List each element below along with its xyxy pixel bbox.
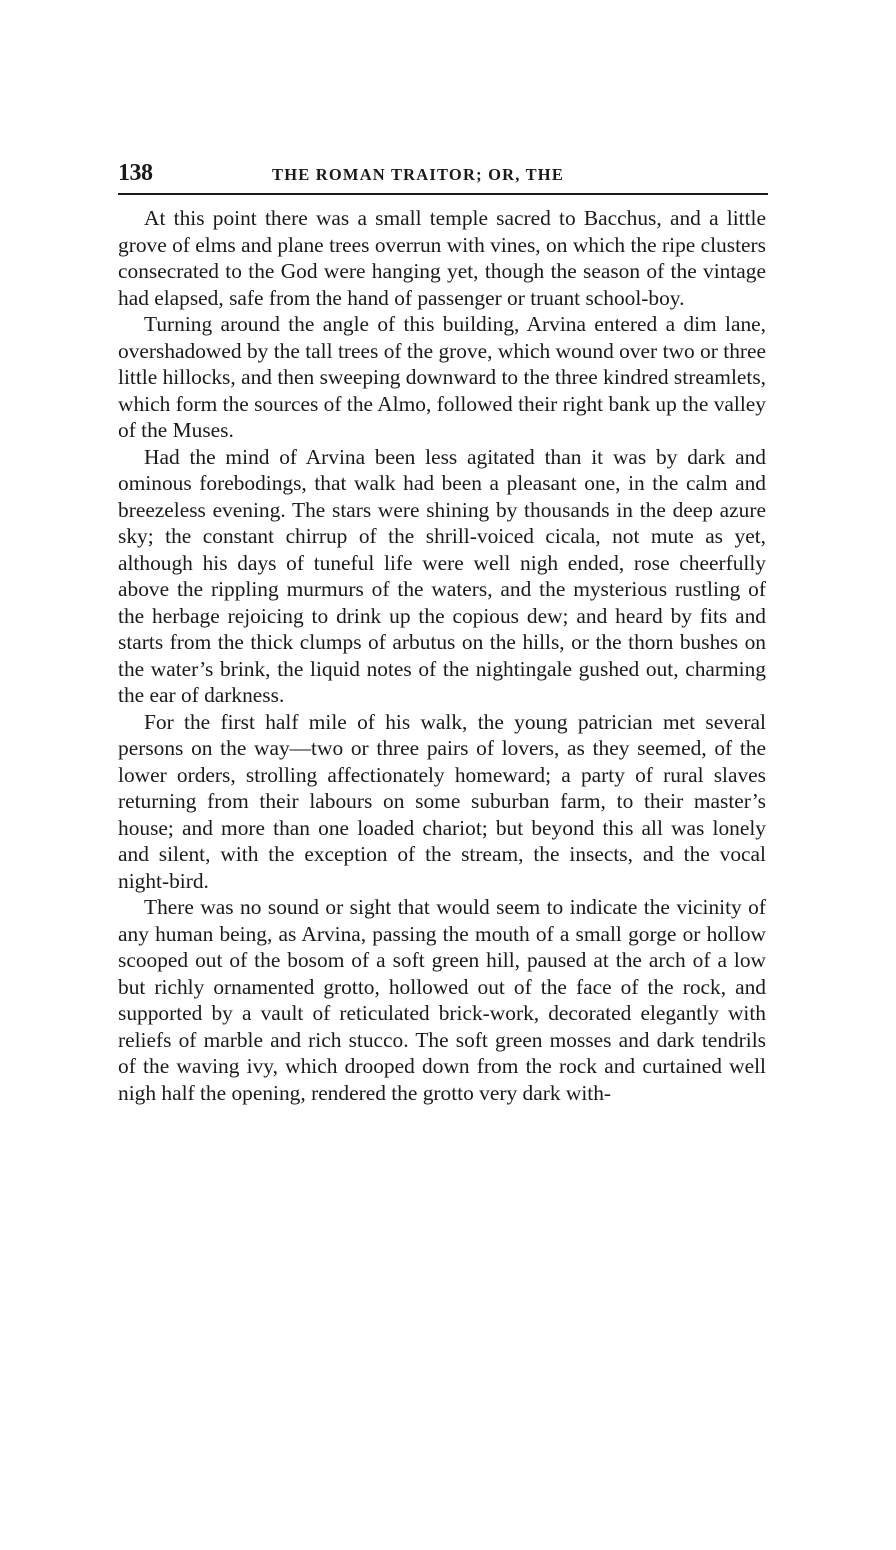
- running-title: THE ROMAN TRAITOR; OR, THE: [272, 165, 564, 185]
- paragraph: For the first half mile of his walk, the…: [118, 709, 766, 895]
- paragraph: At this point there was a small temple s…: [118, 205, 766, 311]
- body-text: At this point there was a small temple s…: [118, 205, 766, 1106]
- paragraph: There was no sound or sight that would s…: [118, 894, 766, 1106]
- page-number: 138: [118, 160, 153, 187]
- running-head: 138 THE ROMAN TRAITOR; OR, THE: [118, 160, 766, 188]
- paragraph: Had the mind of Arvina been less agitate…: [118, 444, 766, 709]
- header-rule: [118, 193, 768, 195]
- book-page: 138 THE ROMAN TRAITOR; OR, THE At this p…: [118, 160, 766, 1106]
- paragraph: Turning around the angle of this buildin…: [118, 311, 766, 444]
